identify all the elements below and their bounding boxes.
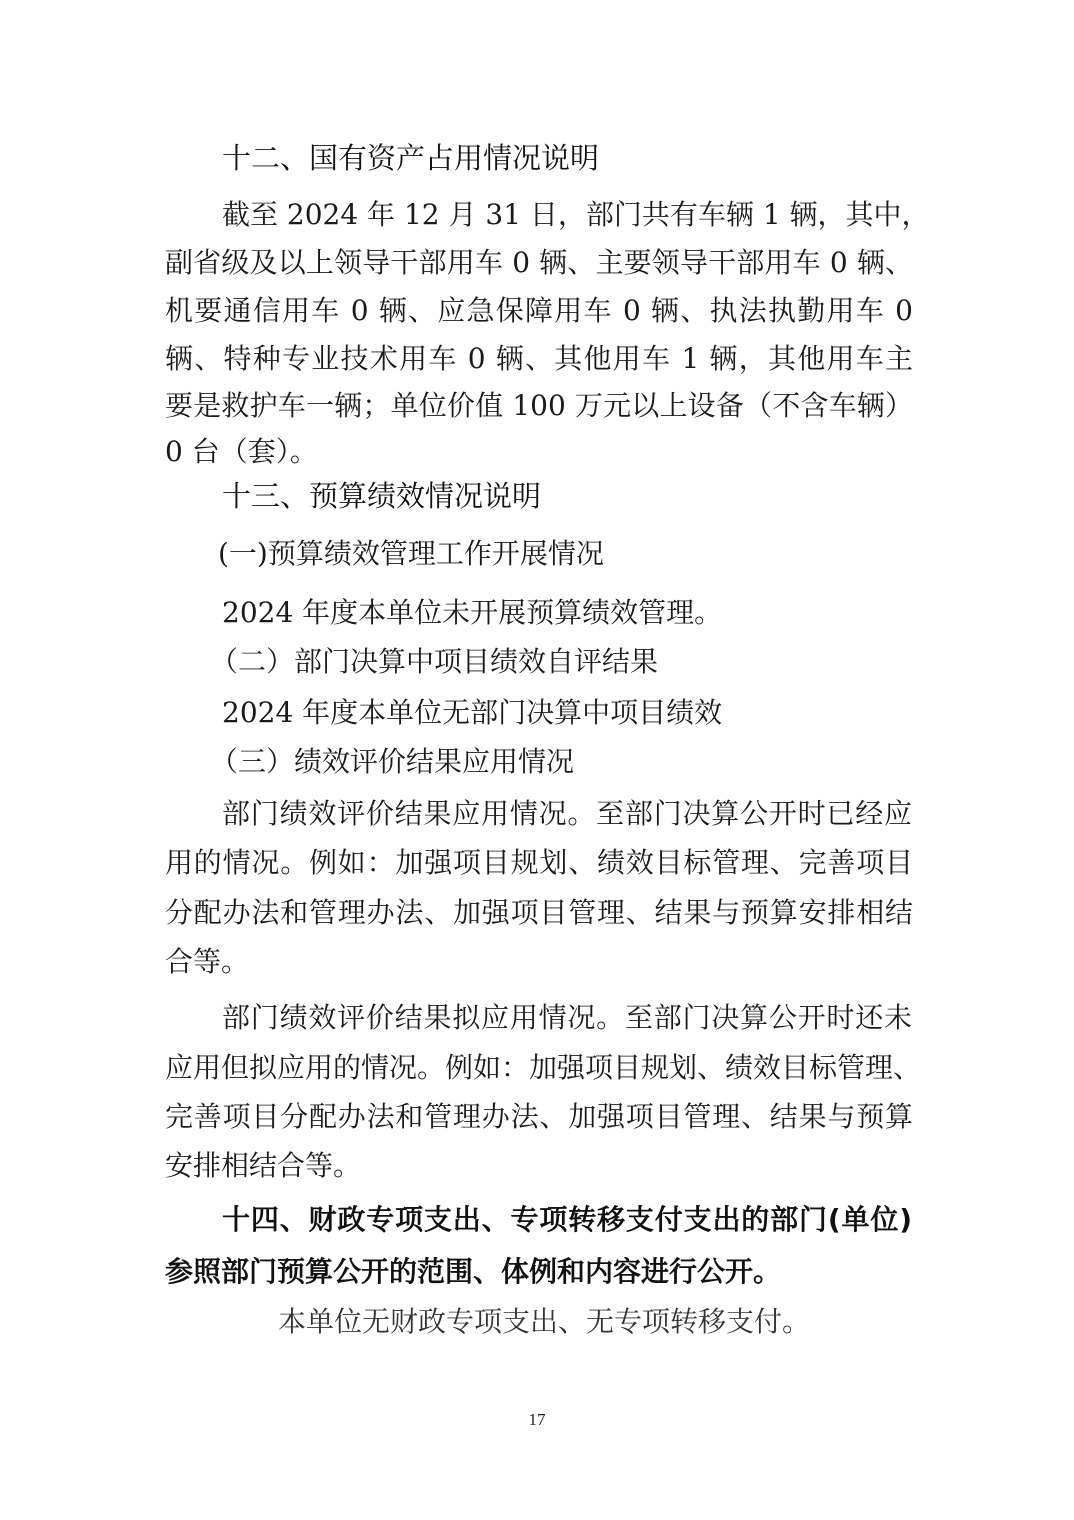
subsection-title-1: (一)预算绩效管理工作开展情况 — [218, 536, 604, 572]
paragraph-line: 应用但拟应用的情况。例如：加强项目规划、绩效目标管理、 — [165, 1050, 913, 1086]
paragraph-line: 部门绩效评价结果应用情况。至部门决算公开时已经应 — [222, 796, 912, 832]
paragraph-line: 辆、特种专业技术用车 0 辆、其他用车 1 辆，其他用车主 — [165, 341, 913, 377]
section-heading-13: 十三、预算绩效情况说明 — [222, 478, 541, 514]
paragraph-line: 2024 年度本单位无部门决算中项目绩效 — [222, 695, 722, 731]
paragraph-line: 2024 年度本单位未开展预算绩效管理。 — [222, 595, 722, 631]
paragraph-line: 本单位无财政专项支出、无专项转移支付。 — [278, 1304, 810, 1340]
paragraph-line: 部门绩效评价结果拟应用情况。至部门决算公开时还未 — [222, 1000, 912, 1036]
paragraph-line: 合等。 — [165, 944, 249, 980]
paragraph-line: 0 台（套）。 — [165, 434, 318, 470]
section-heading-14-cont: 参照部门预算公开的范围、体例和内容进行公开。 — [165, 1254, 781, 1290]
paragraph-line: 用的情况。例如：加强项目规划、绩效目标管理、完善项目 — [165, 845, 913, 881]
paragraph-line: 完善项目分配办法和管理办法、加强项目管理、结果与预算 — [165, 1099, 913, 1135]
subsection-title-3: （三）绩效评价结果应用情况 — [210, 744, 574, 780]
section-heading-12: 十二、国有资产占用情况说明 — [222, 140, 599, 176]
paragraph-line: 分配办法和管理办法、加强项目管理、结果与预算安排相结 — [165, 895, 913, 931]
paragraph-line: 机要通信用车 0 辆、应急保障用车 0 辆、执法执勤用车 0 — [165, 293, 913, 329]
paragraph-line: 要是救护车一辆；单位价值 100 万元以上设备（不含车辆） — [165, 388, 913, 424]
paragraph-line: 副省级及以上领导干部用车 0 辆、主要领导干部用车 0 辆、 — [165, 245, 913, 281]
paragraph-line: 安排相结合等。 — [165, 1148, 361, 1184]
section-heading-14: 十四、财政专项支出、专项转移支付支出的部门(单位) — [222, 1202, 912, 1238]
document-page: 十二、国有资产占用情况说明 截至 2024 年 12 月 31 日，部门共有车辆… — [0, 0, 1074, 1520]
paragraph-line: 截至 2024 年 12 月 31 日，部门共有车辆 1 辆，其中， — [222, 197, 930, 233]
subsection-title-2: （二）部门决算中项目绩效自评结果 — [210, 644, 658, 680]
page-number: 17 — [0, 1410, 1074, 1430]
